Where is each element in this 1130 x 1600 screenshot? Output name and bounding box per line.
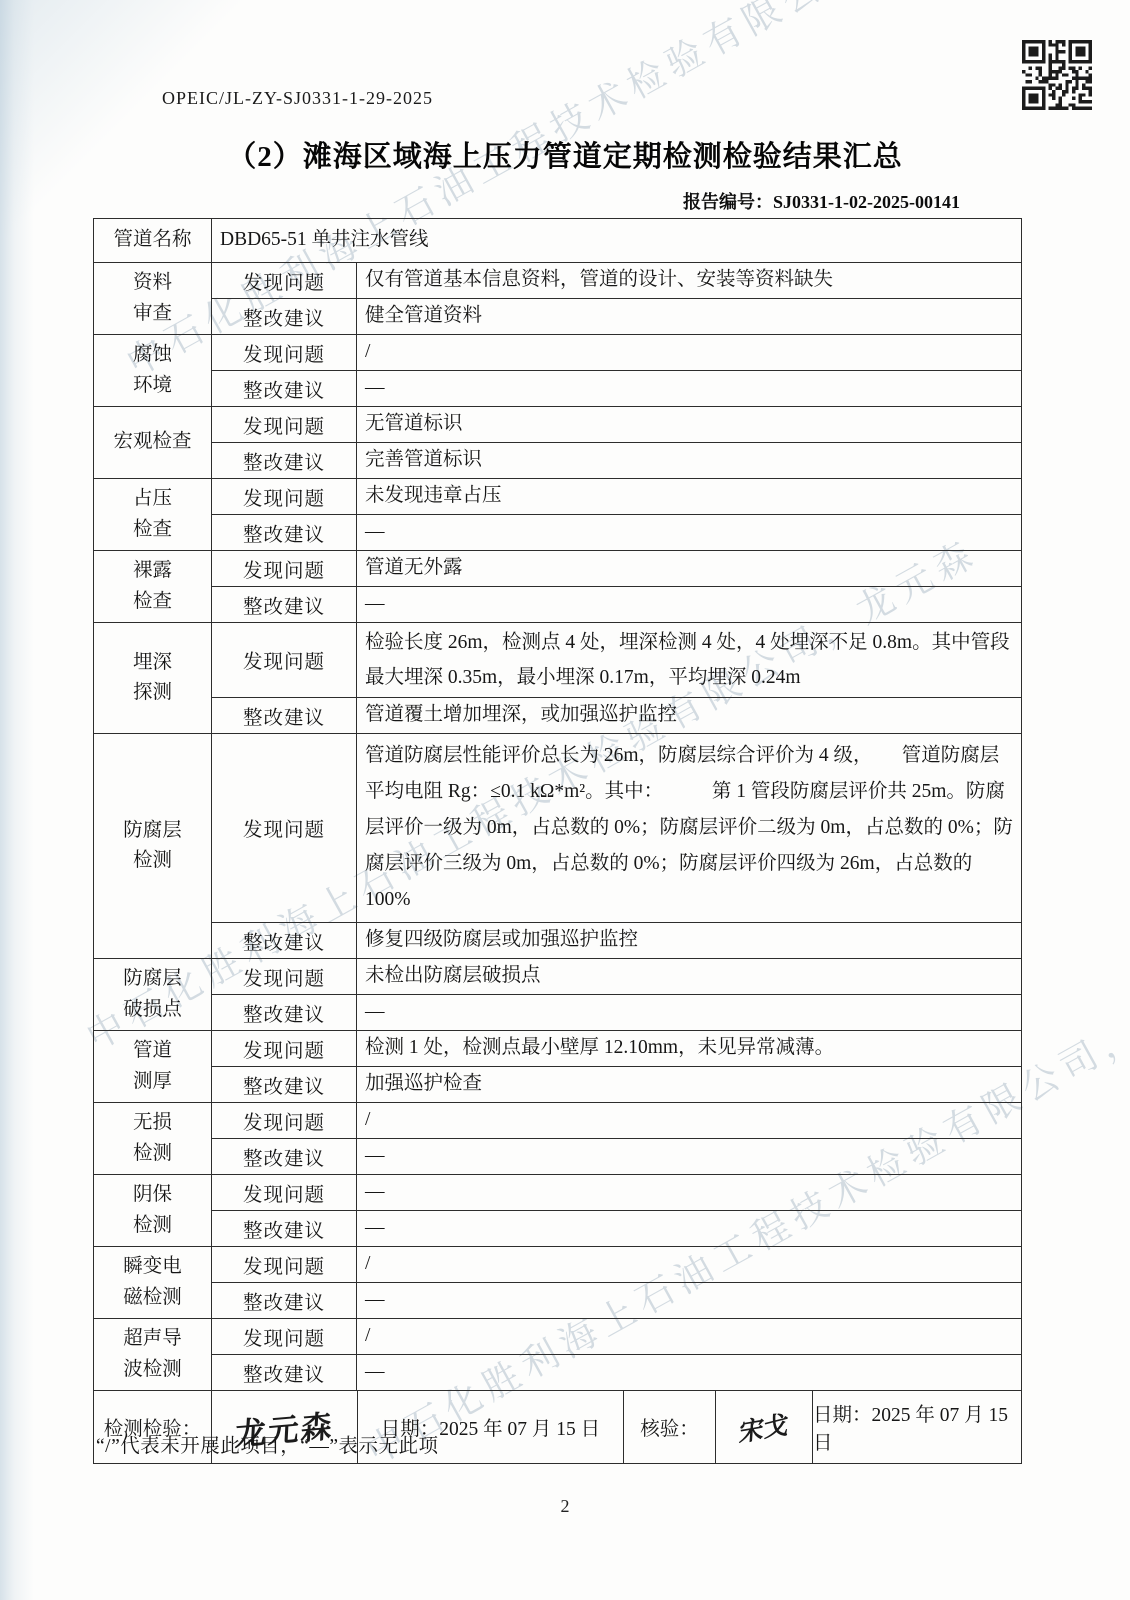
table-row: 超声导 波检测发现问题/: [94, 1319, 1022, 1355]
table-row: 阴保 检测发现问题—: [94, 1175, 1022, 1211]
suggestion-cell: 修复四级防腐层或加强巡护监控: [357, 923, 1022, 959]
table-row: 管道 测厚发现问题检测 1 处，检测点最小壁厚 12.10mm，未见异常减薄。: [94, 1031, 1022, 1067]
row-type-label: 发现问题: [212, 1247, 357, 1283]
section-label: 埋深 探测: [94, 623, 212, 734]
section-label: 腐蚀 环境: [94, 335, 212, 407]
suggestion-cell: —: [357, 1355, 1022, 1391]
finding-cell: 检测 1 处，检测点最小壁厚 12.10mm，未见异常减薄。: [357, 1031, 1022, 1067]
table-row: 无损 检测发现问题/: [94, 1103, 1022, 1139]
section-label: 超声导 波检测: [94, 1319, 212, 1391]
table-row: 整改建议完善管道标识: [94, 443, 1022, 479]
section-label: 宏观检查: [94, 407, 212, 479]
table-row: 整改建议修复四级防腐层或加强巡护监控: [94, 923, 1022, 959]
table-row: 整改建议健全管道资料: [94, 299, 1022, 335]
row-type-label: 发现问题: [212, 1103, 357, 1139]
row-type-label: 整改建议: [212, 698, 357, 734]
row-type-label: 发现问题: [212, 623, 357, 698]
page-number: 2: [0, 1496, 1130, 1517]
pipeline-name-label: 管道名称: [94, 219, 212, 263]
finding-cell: 未发现违章占压: [357, 479, 1022, 515]
section-label: 防腐层 检测: [94, 734, 212, 959]
legend-footnote: “/”代表未开展此项目，“—”表示无此项: [96, 1430, 439, 1458]
qr-code-icon: [1022, 40, 1092, 110]
suggestion-cell: —: [357, 1283, 1022, 1319]
finding-cell: 无管道标识: [357, 407, 1022, 443]
row-type-label: 发现问题: [212, 335, 357, 371]
finding-cell: 管道防腐层性能评价总长为 26m，防腐层综合评价为 4 级， 管道防腐层平均电阻…: [357, 734, 1022, 923]
table-row: 占压 检查发现问题未发现违章占压: [94, 479, 1022, 515]
table-row: 整改建议—: [94, 1355, 1022, 1391]
suggestion-cell: 健全管道资料: [357, 299, 1022, 335]
finding-cell: 管道无外露: [357, 551, 1022, 587]
finding-cell: /: [357, 1247, 1022, 1283]
section-label: 占压 检查: [94, 479, 212, 551]
table-row: 整改建议加强巡护检查: [94, 1067, 1022, 1103]
row-type-label: 整改建议: [212, 299, 357, 335]
row-type-label: 整改建议: [212, 371, 357, 407]
page-title: （2）滩海区域海上压力管道定期检测检验结果汇总: [0, 134, 1130, 175]
report-number: 报告编号：SJ0331-1-02-2025-00141: [93, 188, 1022, 214]
suggestion-cell: —: [357, 587, 1022, 623]
suggestion-cell: —: [357, 995, 1022, 1031]
suggestion-cell: —: [357, 1211, 1022, 1247]
row-type-label: 整改建议: [212, 1139, 357, 1175]
section-label: 裸露 检查: [94, 551, 212, 623]
section-label: 管道 测厚: [94, 1031, 212, 1103]
table-row: 整改建议—: [94, 995, 1022, 1031]
verifier-signature: 宋戈: [738, 1404, 790, 1450]
table-row: 整改建议—: [94, 371, 1022, 407]
finding-cell: /: [357, 1103, 1022, 1139]
row-type-label: 整改建议: [212, 587, 357, 623]
suggestion-cell: —: [357, 371, 1022, 407]
table-row: 整改建议—: [94, 1139, 1022, 1175]
verify-date: 日期：2025 年 07 月 15 日: [813, 1391, 1021, 1463]
results-table: 管道名称 DBD65-51 单井注水管线 资料 审查发现问题仅有管道基本信息资料…: [93, 218, 1022, 1464]
table-row: 埋深 探测发现问题检验长度 26m，检测点 4 处，埋深检测 4 处，4 处埋深…: [94, 623, 1022, 698]
row-type-label: 发现问题: [212, 263, 357, 299]
table-row: 防腐层 检测发现问题管道防腐层性能评价总长为 26m，防腐层综合评价为 4 级，…: [94, 734, 1022, 923]
section-label: 瞬变电 磁检测: [94, 1247, 212, 1319]
table-row: 整改建议—: [94, 587, 1022, 623]
suggestion-cell: 加强巡护检查: [357, 1067, 1022, 1103]
row-type-label: 整改建议: [212, 923, 357, 959]
row-type-label: 发现问题: [212, 1319, 357, 1355]
row-type-label: 整改建议: [212, 995, 357, 1031]
suggestion-cell: 管道覆土增加埋深，或加强巡护监控: [357, 698, 1022, 734]
suggestion-cell: —: [357, 1139, 1022, 1175]
table-row: 宏观检查发现问题无管道标识: [94, 407, 1022, 443]
table-row: 整改建议—: [94, 515, 1022, 551]
section-label: 阴保 检测: [94, 1175, 212, 1247]
finding-cell: 未检出防腐层破损点: [357, 959, 1022, 995]
table-row: 防腐层 破损点发现问题未检出防腐层破损点: [94, 959, 1022, 995]
section-label: 无损 检测: [94, 1103, 212, 1175]
table-row: 裸露 检查发现问题管道无外露: [94, 551, 1022, 587]
row-type-label: 发现问题: [212, 1031, 357, 1067]
table-row: 腐蚀 环境发现问题/: [94, 335, 1022, 371]
row-type-label: 整改建议: [212, 1283, 357, 1319]
table-row: 整改建议管道覆土增加埋深，或加强巡护监控: [94, 698, 1022, 734]
row-type-label: 整改建议: [212, 443, 357, 479]
table-row: 整改建议—: [94, 1283, 1022, 1319]
row-type-label: 发现问题: [212, 479, 357, 515]
finding-cell: —: [357, 1175, 1022, 1211]
pipeline-name-value: DBD65-51 单井注水管线: [212, 219, 1022, 263]
row-type-label: 发现问题: [212, 551, 357, 587]
row-type-label: 发现问题: [212, 407, 357, 443]
table-row: 资料 审查发现问题仅有管道基本信息资料，管道的设计、安装等资料缺失: [94, 263, 1022, 299]
row-type-label: 发现问题: [212, 734, 357, 923]
table-row: 整改建议—: [94, 1211, 1022, 1247]
section-label: 资料 审查: [94, 263, 212, 335]
row-type-label: 整改建议: [212, 1355, 357, 1391]
row-type-label: 整改建议: [212, 1067, 357, 1103]
row-type-label: 发现问题: [212, 959, 357, 995]
finding-cell: 仅有管道基本信息资料，管道的设计、安装等资料缺失: [357, 263, 1022, 299]
verifier-label: 核验：: [624, 1391, 716, 1463]
finding-cell: /: [357, 1319, 1022, 1355]
section-label: 防腐层 破损点: [94, 959, 212, 1031]
row-type-label: 发现问题: [212, 1175, 357, 1211]
row-type-label: 整改建议: [212, 1211, 357, 1247]
table-row: 管道名称 DBD65-51 单井注水管线: [94, 219, 1022, 263]
document-page: 中石化胜利海上石油工程技术检验有限公司，龙元森 中石化胜利海上石油工程技术检验有…: [0, 0, 1130, 1600]
finding-cell: /: [357, 335, 1022, 371]
suggestion-cell: 完善管道标识: [357, 443, 1022, 479]
document-code: OPEIC/JL-ZY-SJ0331-1-29-2025: [162, 88, 433, 109]
finding-cell: 检验长度 26m，检测点 4 处，埋深检测 4 处，4 处埋深不足 0.8m。其…: [357, 623, 1022, 698]
row-type-label: 整改建议: [212, 515, 357, 551]
table-row: 瞬变电 磁检测发现问题/: [94, 1247, 1022, 1283]
suggestion-cell: —: [357, 515, 1022, 551]
